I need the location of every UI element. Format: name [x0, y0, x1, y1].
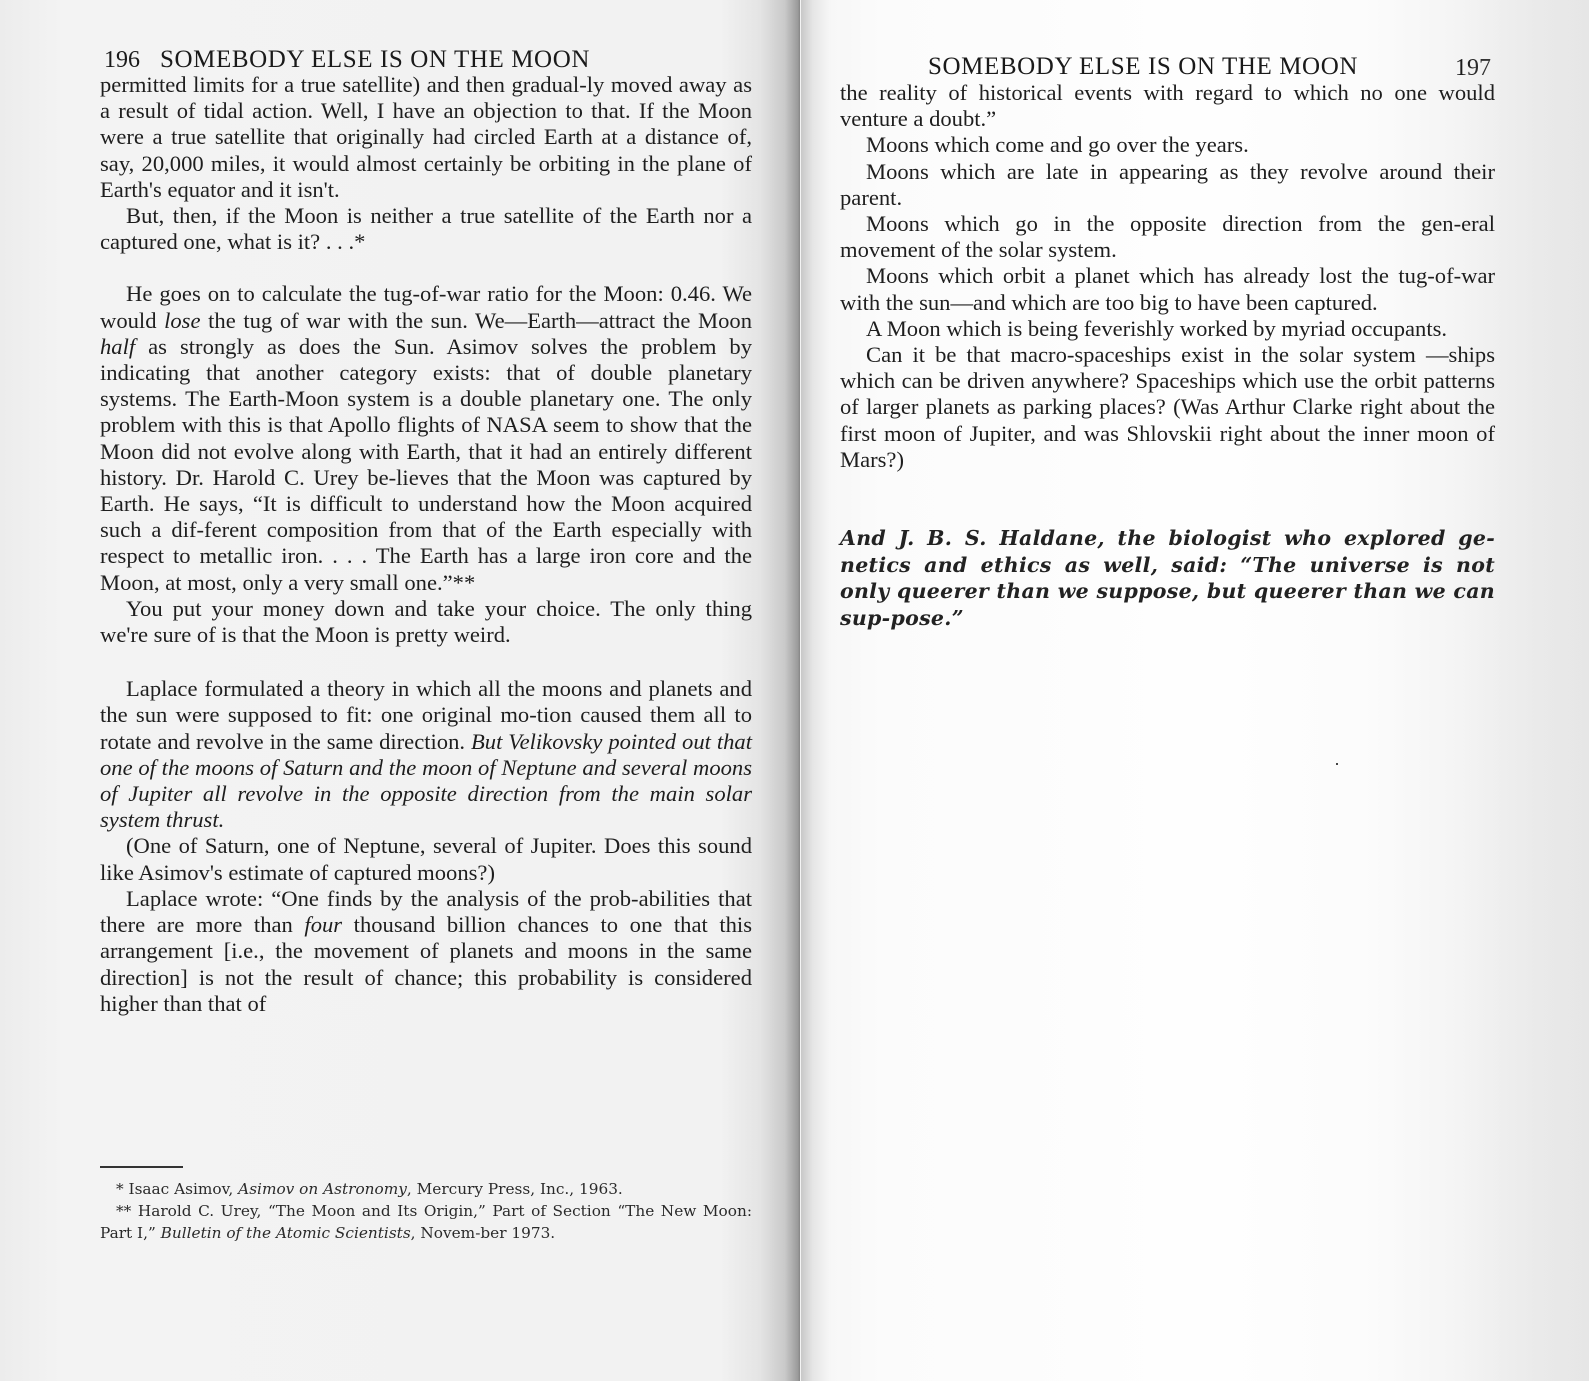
right-page-body: the reality of historical events with re… — [840, 80, 1495, 631]
paragraph: He goes on to calculate the tug-of-war r… — [100, 281, 752, 595]
paragraph: A Moon which is being feverishly worked … — [840, 316, 1495, 342]
print-speck — [1336, 763, 1338, 765]
paragraph: Moons which orbit a planet which has alr… — [840, 263, 1495, 315]
left-page-body: permitted limits for a true satellite) a… — [100, 72, 752, 1017]
footnote: * Isaac Asimov, Asimov on Astronomy, Mer… — [100, 1178, 752, 1200]
footnote-rule — [100, 1166, 183, 1168]
footnotes: * Isaac Asimov, Asimov on Astronomy, Mer… — [100, 1178, 752, 1244]
paragraph: permitted limits for a true satellite) a… — [100, 72, 752, 203]
paragraph: the reality of historical events with re… — [840, 80, 1495, 132]
paragraph: Moons which are late in appearing as the… — [840, 159, 1495, 211]
page-number-right: 197 — [1455, 55, 1491, 82]
footnote: ** Harold C. Urey, “The Moon and Its Ori… — [100, 1200, 752, 1244]
running-head-right: SOMEBODY ELSE IS ON THE MOON — [928, 53, 1358, 81]
running-head-left: SOMEBODY ELSE IS ON THE MOON — [160, 46, 590, 74]
page-number-left: 196 — [104, 47, 140, 74]
haldane-quote: And J. B. S. Haldane, the biologist who … — [840, 525, 1495, 631]
paragraph: Can it be that macro-spaceships exist in… — [840, 342, 1495, 473]
paragraph: Laplace wrote: “One finds by the analysi… — [100, 886, 752, 1017]
paragraph: You put your money down and take your ch… — [100, 596, 752, 648]
paragraph: Moons which come and go over the years. — [840, 132, 1495, 158]
paragraph: (One of Saturn, one of Neptune, several … — [100, 833, 752, 885]
paragraph: Laplace formulated a theory in which all… — [100, 676, 752, 833]
paragraph: But, then, if the Moon is neither a true… — [100, 203, 752, 255]
paragraph: Moons which go in the opposite direction… — [840, 211, 1495, 263]
left-page: 196 SOMEBODY ELSE IS ON THE MOON permitt… — [0, 0, 800, 1381]
